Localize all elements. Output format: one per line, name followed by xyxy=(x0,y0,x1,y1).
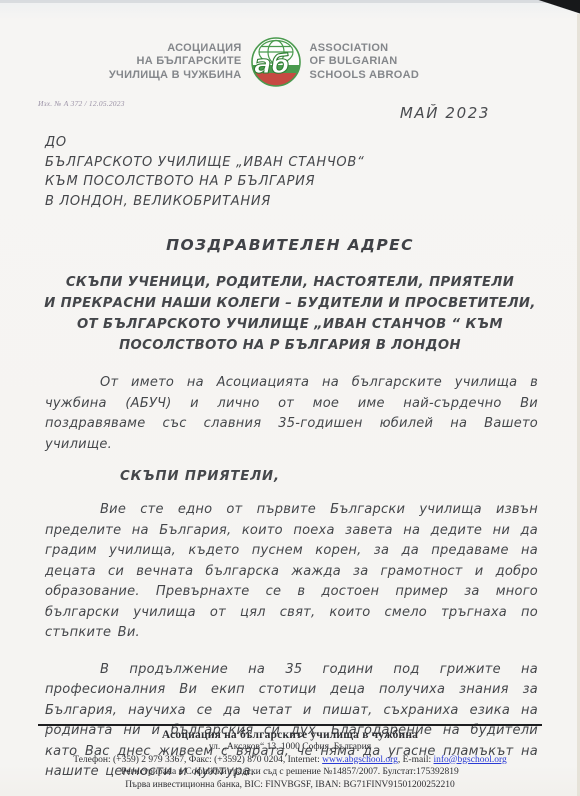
reference-number: Изх. № А 372 / 12.05.2023 xyxy=(38,99,125,108)
org-en-line: OF BULGARIAN xyxy=(310,55,420,69)
org-name-bulgarian: АСОЦИАЦИЯ НА БЪЛГАРСКИТЕ УЧИЛИЩА В ЧУЖБИ… xyxy=(109,42,242,83)
footer-contact-mid: , E-mail: xyxy=(398,755,434,765)
letter-title: ПОЗДРАВИТЕЛЕН АДРЕС xyxy=(0,236,580,254)
footer-org-name: Асоциация на българските училища в чужби… xyxy=(0,729,580,741)
salutation-block: СКЪПИ УЧЕНИЦИ, РОДИТЕЛИ, НАСТОЯТЕЛИ, ПРИ… xyxy=(30,272,550,356)
org-name-english: ASSOCIATION OF BULGARIAN SCHOOLS ABROAD xyxy=(310,42,420,83)
salutation-line: ОТ БЪЛГАРСКОТО УЧИЛИЩЕ „ИВАН СТАНЧОВ “ К… xyxy=(30,314,550,335)
recipient-line: КЪМ ПОСОЛСТВОТО НА Р БЪЛГАРИЯ xyxy=(45,172,580,192)
letter-date: МАЙ 2023 xyxy=(400,104,490,122)
org-en-line: ASSOCIATION xyxy=(310,42,420,56)
footer-registration: Регистрирана в Софийски градски съд с ре… xyxy=(0,766,580,779)
footer-contacts: Телефон: (+359) 2 979 3367, Факс: (+3592… xyxy=(0,754,580,767)
body-paragraph-2: Вие сте едно от първите Български училищ… xyxy=(45,500,538,644)
scanned-letter-page: АСОЦИАЦИЯ НА БЪЛГАРСКИТЕ УЧИЛИЩА В ЧУЖБИ… xyxy=(0,0,580,796)
recipient-line: БЪЛГАРСКОТО УЧИЛИЩЕ „ИВАН СТАНЧОВ“ xyxy=(45,153,580,173)
footer-contact-prefix: Телефон: (+359) 2 979 3367, Факс: (+3592… xyxy=(73,755,322,765)
salutation-line: И ПРЕКРАСНИ НАШИ КОЛЕГИ – БУДИТЕЛИ И ПРО… xyxy=(30,293,550,314)
org-en-line: SCHOOLS ABROAD xyxy=(310,69,420,83)
salutation-line: ПОСОЛСТВОТО НА Р БЪЛГАРИЯ В ЛОНДОН xyxy=(30,335,550,356)
org-bg-line: АСОЦИАЦИЯ xyxy=(109,42,242,56)
body-paragraph-1: От името на Асоциацията на българските у… xyxy=(45,373,538,455)
letter-footer: Асоциация на българските училища в чужби… xyxy=(0,724,580,791)
org-bg-line: НА БЪЛГАРСКИТЕ xyxy=(109,55,242,69)
abv-globe-logo-icon: аб xyxy=(251,37,301,87)
website-link[interactable]: www.abgschool.org xyxy=(322,755,398,765)
footer-divider xyxy=(38,724,542,726)
footer-address: ул. „Аксаков“ 13, 1000 София, България xyxy=(0,741,580,754)
footer-bank-details: Първа инвестиционна банка, BIC: FINVBGSF… xyxy=(0,779,580,792)
recipient-line: ДО xyxy=(45,133,580,153)
greeting-line: СКЪПИ ПРИЯТЕЛИ, xyxy=(120,469,580,484)
salutation-line: СКЪПИ УЧЕНИЦИ, РОДИТЕЛИ, НАСТОЯТЕЛИ, ПРИ… xyxy=(30,272,550,293)
recipient-line: В ЛОНДОН, ВЕЛИКОБРИТАНИЯ xyxy=(45,192,580,212)
recipient-block: ДО БЪЛГАРСКОТО УЧИЛИЩЕ „ИВАН СТАНЧОВ“ КЪ… xyxy=(45,133,580,211)
letterhead: АСОЦИАЦИЯ НА БЪЛГАРСКИТЕ УЧИЛИЩА В ЧУЖБИ… xyxy=(0,0,554,87)
org-bg-line: УЧИЛИЩА В ЧУЖБИНА xyxy=(109,69,242,83)
logo-letters: аб xyxy=(254,50,290,80)
email-link[interactable]: info@bgschool.org xyxy=(434,755,507,765)
